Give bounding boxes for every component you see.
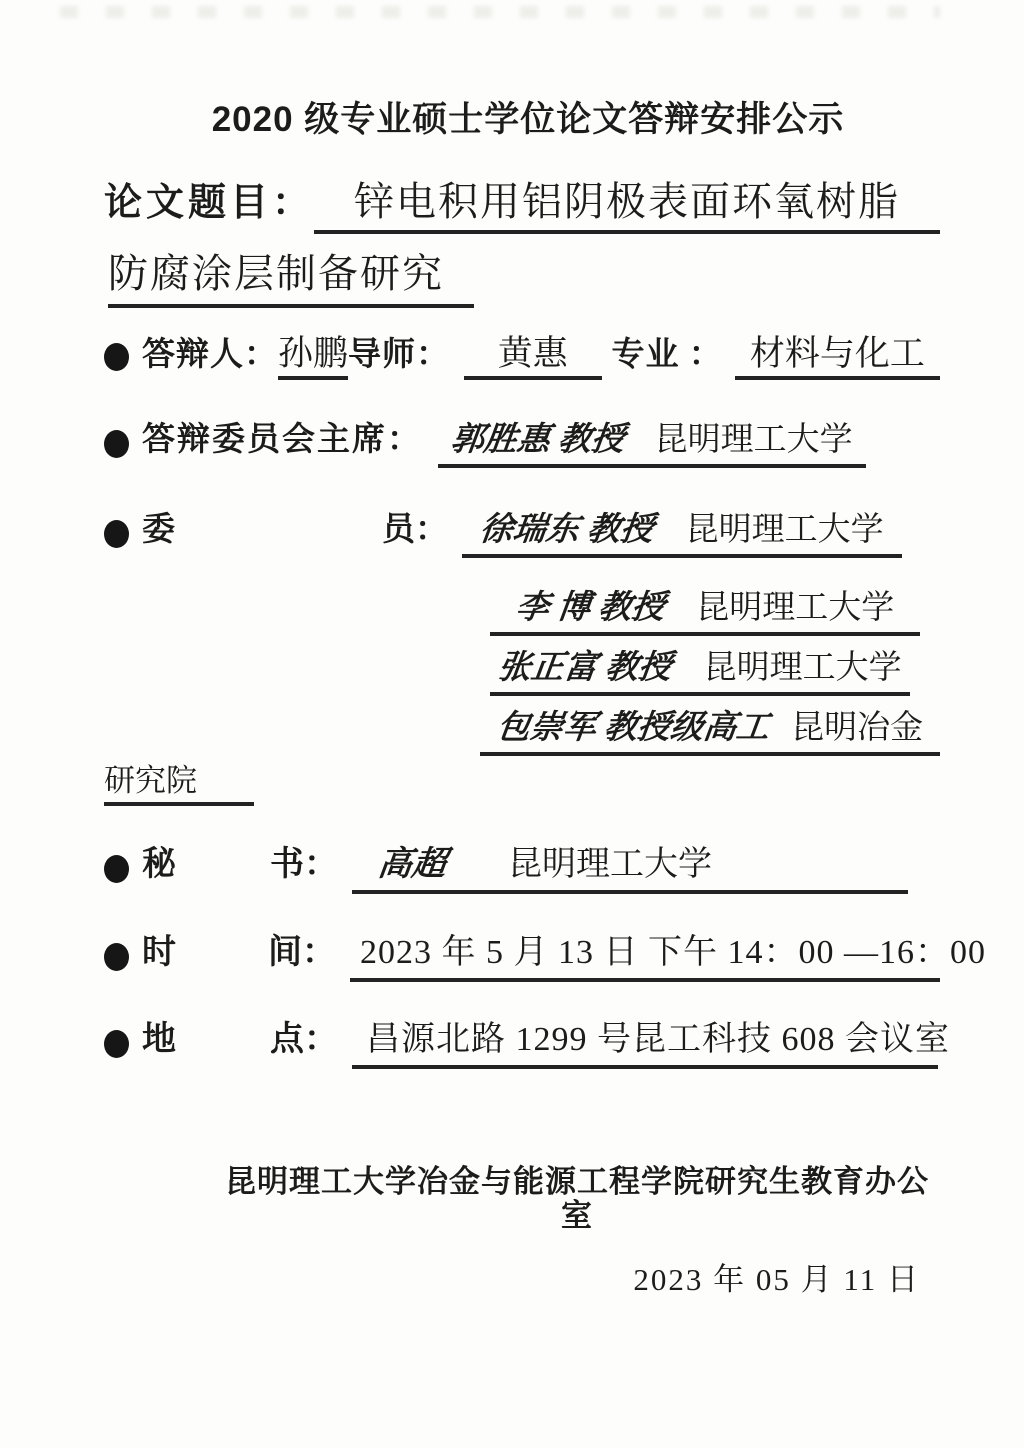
bullet-icon bbox=[104, 430, 129, 458]
committee-row: 委 员： 徐瑞东 教授 昆明理工大学 bbox=[104, 510, 940, 558]
committee-member: 包崇军 教授级高工 昆明冶金 bbox=[480, 708, 940, 756]
secretary-label-first: 秘 bbox=[142, 844, 176, 886]
time-label: 时 间： bbox=[142, 932, 336, 974]
bullet-icon bbox=[104, 943, 129, 971]
member-name: 李 博 教授 bbox=[513, 588, 666, 628]
secretary-label-second: 书： bbox=[270, 844, 338, 886]
time-row: 时 间： 2023 年 5 月 13 日 下午 14：00 —16：00 bbox=[104, 932, 940, 982]
member-affiliation: 昆明冶金 bbox=[791, 708, 923, 748]
thesis-title-line2: 防腐涂层制备研究 bbox=[108, 250, 474, 308]
affiliation-overflow: 研究院 bbox=[104, 764, 254, 806]
advisor-label: 导师： bbox=[348, 335, 450, 375]
member-name: 张正富 教授 bbox=[496, 648, 674, 688]
chair-row: 答辩委员会主席： 郭胜惠 教授 昆明理工大学 bbox=[104, 420, 940, 468]
footer-office: 昆明理工大学冶金与能源工程学院研究生教育办公室 bbox=[104, 1165, 940, 1233]
defender-name: 孙鹏 bbox=[278, 334, 348, 380]
footer-date: 2023 年 05 月 11 日 bbox=[104, 1263, 940, 1297]
secretary-value: 高超 昆明理工大学 bbox=[352, 844, 908, 894]
committee-member: 张正富 教授 昆明理工大学 bbox=[490, 648, 910, 696]
major-value: 材料与化工 bbox=[735, 334, 940, 380]
committee-member: 李 博 教授 昆明理工大学 bbox=[490, 588, 920, 636]
venue-label: 地 点： bbox=[142, 1019, 338, 1061]
member-affiliation: 昆明理工大学 bbox=[704, 648, 902, 688]
thesis-title-line1: 锌电积用铝阴极表面环氧树脂 bbox=[314, 178, 940, 234]
thesis-title-label: 论文题目： bbox=[104, 179, 314, 227]
bullet-icon bbox=[104, 343, 129, 371]
secretary-label: 秘 书： bbox=[142, 844, 338, 886]
time-label-first: 时 bbox=[142, 932, 176, 974]
chair-name: 郭胜惠 教授 bbox=[449, 420, 627, 460]
page-title: 2020 级专业硕士学位论文答辩安排公示 bbox=[116, 100, 940, 140]
document-page: 2020 级专业硕士学位论文答辩安排公示 论文题目： 锌电积用铝阴极表面环氧树脂… bbox=[0, 0, 1024, 1448]
venue-label-first: 地 bbox=[142, 1019, 176, 1061]
venue-label-second: 点： bbox=[270, 1019, 338, 1061]
committee-label: 委 员： bbox=[142, 510, 448, 550]
secretary-affiliation: 昆明理工大学 bbox=[508, 844, 712, 886]
committee-member-row: 张正富 教授 昆明理工大学 bbox=[104, 648, 940, 696]
bullet-icon bbox=[104, 855, 129, 883]
chair-value: 郭胜惠 教授 昆明理工大学 bbox=[438, 420, 866, 468]
committee-member-row: 包崇军 教授级高工 昆明冶金 bbox=[104, 708, 940, 756]
member-affiliation: 昆明理工大学 bbox=[686, 510, 884, 550]
advisor-name: 黄惠 bbox=[464, 334, 602, 380]
bullet-icon bbox=[104, 520, 129, 548]
committee-label-second: 员： bbox=[382, 510, 448, 550]
committee-member-row: 李 博 教授 昆明理工大学 bbox=[104, 588, 940, 636]
major-label: 专业 ： bbox=[612, 335, 723, 375]
member-name: 徐瑞东 教授 bbox=[478, 510, 656, 550]
defender-label: 答辩人： bbox=[142, 335, 278, 375]
document-content: 2020 级专业硕士学位论文答辩安排公示 论文题目： 锌电积用铝阴极表面环氧树脂… bbox=[0, 0, 1024, 1297]
time-value: 2023 年 5 月 13 日 下午 14：00 —16：00 bbox=[350, 932, 940, 982]
secretary-name: 高超 bbox=[375, 844, 448, 886]
thesis-title-row-2: 防腐涂层制备研究 bbox=[108, 250, 940, 308]
secretary-row: 秘 书： 高超 昆明理工大学 bbox=[104, 844, 940, 894]
defender-row: 答辩人： 孙鹏 导师： 黄惠 专业 ： 材料与化工 bbox=[104, 334, 940, 380]
time-label-second: 间： bbox=[268, 932, 336, 974]
bullet-icon bbox=[104, 1030, 129, 1058]
venue-value: 昌源北路 1299 号昆工科技 608 会议室 bbox=[352, 1019, 938, 1069]
thesis-title-row: 论文题目： 锌电积用铝阴极表面环氧树脂 bbox=[104, 178, 940, 234]
member-affiliation: 昆明理工大学 bbox=[696, 588, 894, 628]
chair-affiliation: 昆明理工大学 bbox=[655, 420, 853, 460]
affiliation-overflow-row: 研究院 bbox=[104, 764, 940, 806]
committee-member: 徐瑞东 教授 昆明理工大学 bbox=[462, 510, 902, 558]
venue-row: 地 点： 昌源北路 1299 号昆工科技 608 会议室 bbox=[104, 1019, 940, 1069]
member-name: 包崇军 教授级高工 bbox=[494, 708, 771, 748]
chair-label: 答辩委员会主席： bbox=[142, 420, 422, 460]
committee-label-first: 委 bbox=[142, 510, 175, 550]
